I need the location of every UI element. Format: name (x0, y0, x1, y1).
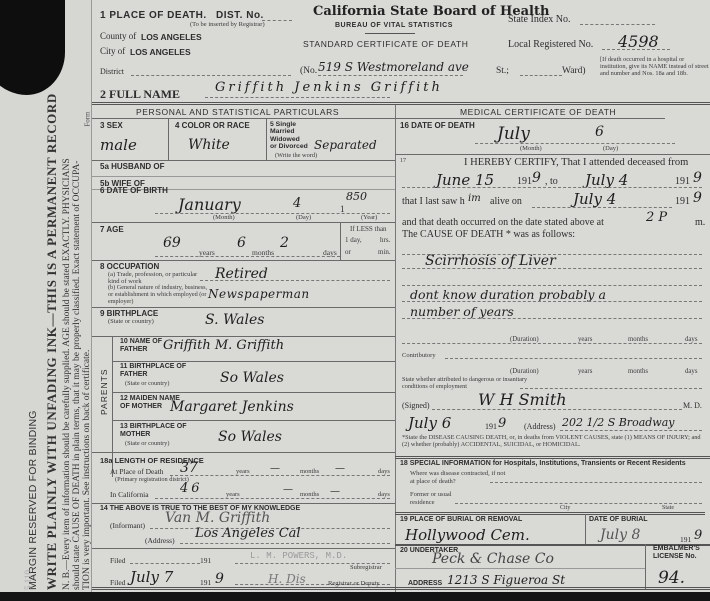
father-name-value[interactable]: Griffith M. Griffith (163, 338, 284, 353)
color-value[interactable]: White (188, 137, 230, 153)
to-word: , to (545, 176, 558, 187)
rule (92, 307, 395, 308)
full-name-label: 2 FULL NAME (100, 87, 180, 102)
rule (395, 512, 705, 515)
signed-address-underline (560, 430, 702, 431)
sex-value[interactable]: male (100, 136, 137, 154)
dob-label: 6 DATE OF BIRTH (100, 186, 168, 195)
local-registered-value[interactable]: 4598 (618, 32, 659, 51)
filed-label-1: Filed (110, 556, 125, 565)
death-time-label: and that death occurred on the date stat… (402, 217, 604, 228)
rule (92, 260, 395, 261)
marital-value[interactable]: Separated (314, 138, 377, 152)
personal-section-title: PERSONAL AND STATISTICAL PARTICULARS (136, 107, 339, 117)
days-word: days (378, 468, 390, 475)
less-than-label: If LESS than (350, 225, 387, 233)
attended-from-year-prefix: 191 (517, 176, 532, 187)
duration-label: (Duration) (510, 336, 539, 343)
rule (92, 222, 395, 223)
duration-months: months (628, 336, 648, 343)
medical-section-title: MEDICAL CERTIFICATE OF DEATH (460, 107, 616, 117)
attended-from-year[interactable]: 9 (532, 170, 541, 186)
informant-label: (Informant) (110, 521, 145, 530)
age-years[interactable]: 69 (163, 235, 181, 251)
filed-label-2: Filed (110, 578, 125, 587)
res-place-underline (170, 475, 390, 476)
street-underline (318, 75, 463, 76)
full-name-underline (205, 97, 390, 98)
cause-line-1[interactable]: Scirrhosis of Liver (425, 253, 556, 269)
nb-instruction-3: TION is very important. See instructions… (82, 350, 92, 590)
filed-1-field[interactable] (130, 563, 200, 564)
rule (92, 587, 395, 590)
street-prefix: (No. (300, 66, 317, 76)
age-label: 7 AGE (100, 225, 124, 234)
street-value[interactable]: 519 S Westmoreland ave (318, 60, 469, 74)
occupation-label: 8 OCCUPATION (100, 262, 159, 271)
embalmer-value[interactable]: 94. (658, 568, 685, 588)
min-label: min. (378, 248, 391, 256)
burial-value[interactable]: Hollywood Cem. (405, 526, 530, 544)
duration-underline (402, 343, 702, 344)
rule (395, 568, 645, 569)
rule (92, 548, 395, 549)
rule (112, 361, 395, 362)
months-word: months (300, 468, 319, 475)
signed-address-label: (Address) (524, 422, 556, 431)
filed-2-date[interactable]: July 7 (130, 568, 173, 586)
state-caption: State (662, 505, 674, 511)
dod-underline (475, 143, 675, 144)
marital-note: (Write the word) (275, 152, 317, 159)
cause-line-3[interactable]: number of years (410, 304, 514, 319)
form-code: Form (84, 111, 92, 126)
occ-a-label: (a) Trade, profession, or particular kin… (108, 271, 203, 285)
one-day-label: 1 day, (345, 236, 362, 244)
color-label: 4 COLOR OR RACE (175, 121, 250, 130)
attended-to-year[interactable]: 9 (693, 170, 702, 186)
marital-single: 5 Single (270, 121, 308, 128)
year-caption: (Year) (361, 214, 377, 221)
res-place-label: At Place of Death (110, 467, 164, 476)
days-word: days (378, 491, 390, 498)
last-saw-underline (532, 207, 672, 208)
rule (92, 118, 395, 119)
dangerous-field[interactable] (520, 388, 702, 389)
rule (340, 222, 341, 260)
dist-no-label: DIST. No. (216, 10, 264, 21)
dod-day[interactable]: 6 (595, 124, 604, 140)
duration-label-2: (Duration) (510, 368, 539, 375)
informant-address-label: (Address) (145, 536, 175, 545)
local-registered-label: Local Registered No. (508, 39, 593, 50)
dob-year[interactable]: 850 (346, 190, 367, 203)
write-plainly-text: WRITE PLAINLY WITH UNFADING INK—THIS IS … (44, 93, 60, 590)
res-place-days[interactable]: — (335, 463, 345, 474)
rule (92, 336, 395, 337)
signed-year-prefix: 191 (485, 422, 497, 431)
duration-years-2: years (578, 368, 592, 375)
undertaker-address-label: ADDRESS (408, 580, 442, 587)
rule (112, 420, 395, 421)
dob-day[interactable]: 4 (293, 196, 301, 211)
header-divider (92, 102, 710, 105)
former-res-field[interactable] (455, 503, 702, 504)
dist-no-note: (To be inserted by Registrar) (190, 21, 265, 28)
filed-2-year-prefix: 191 (200, 578, 211, 587)
rule (645, 544, 646, 589)
rule (92, 452, 395, 453)
parents-label: PARENTS (99, 368, 109, 415)
filed-1-year: 191 (200, 556, 211, 565)
county-value: LOS ANGELES (141, 32, 202, 42)
last-saw-pronoun[interactable]: im (468, 193, 481, 204)
signed-address-value[interactable]: 202 1/2 S Broadway (562, 416, 674, 429)
contributory-label: Contributory (402, 352, 436, 359)
res-ca-months[interactable]: — (283, 484, 293, 495)
state-index-field[interactable] (580, 24, 655, 25)
dod-month[interactable]: July (497, 124, 530, 144)
mother-birthplace-label: 13 BIRTHPLACE OF MOTHER (120, 423, 190, 439)
bureau-label: BUREAU OF VITAL STATISTICS (335, 22, 453, 29)
alive-on-label: alive on (490, 196, 522, 207)
res-place-note: (Primary registration district) (115, 476, 189, 483)
res-ca-underline (155, 498, 390, 499)
ward-label: Ward) (562, 66, 586, 76)
margin-reserved-text: MARGIN RESERVED FOR BINDING (27, 410, 39, 590)
city-label: City of (100, 46, 125, 56)
m-label: m. (695, 217, 705, 228)
month-caption: (Month) (213, 214, 235, 221)
dod-day-caption: (Day) (603, 145, 618, 152)
footnote: *State the DISEASE CAUSING DEATH, or, in… (402, 434, 707, 448)
marital-divorced: or Divorced (270, 143, 308, 150)
street-suffix: St.; (496, 66, 509, 76)
attended-underline (402, 187, 702, 188)
marital-married: Married (270, 128, 308, 135)
birthplace-label: 9 BIRTHPLACE (100, 309, 158, 318)
sex-label: 3 SEX (100, 121, 123, 130)
nb-instruction-1: N. B.—Every item of information should b… (62, 158, 72, 590)
md-label: M. D. (683, 401, 702, 410)
father-birthplace-label: 11 BIRTHPLACE OF FATHER (120, 363, 190, 379)
months-word: months (300, 491, 319, 498)
certify-text: I HEREBY CERTIFY, That I attended deceas… (464, 157, 688, 168)
duration-days-2: days (685, 368, 697, 375)
signed-label: (Signed) (402, 401, 430, 410)
burial-label: 19 PLACE OF BURIAL OR REMOVAL (400, 516, 522, 523)
father-birthplace-note: (State or country) (125, 380, 169, 387)
place-of-death-label: 1 PLACE OF DEATH. (100, 10, 207, 21)
dob-underline (155, 213, 390, 214)
scan-border (0, 592, 710, 601)
burial-year-prefix: 191 (680, 535, 691, 544)
rule (266, 118, 267, 160)
father-birthplace-value[interactable]: So Wales (220, 370, 284, 386)
birthplace-note: (State or country) (108, 318, 154, 325)
cause-line (402, 268, 702, 269)
special-info-label: 18 SPECIAL INFORMATION for Hospitals, In… (400, 460, 686, 467)
hospital-note: [If death occurred in a hospital or inst… (600, 56, 710, 77)
rule (395, 456, 710, 459)
rule (92, 503, 395, 504)
hrs-label: hrs. (380, 236, 390, 244)
occ-b-label: (b) General nature of industry, business… (108, 285, 213, 305)
rule (395, 154, 710, 155)
cause-line-2[interactable]: dont know duration probably a (410, 287, 606, 302)
rule (395, 587, 710, 590)
rule (112, 392, 395, 393)
binding-margin: MARGIN RESERVED FOR BINDING WRITE PLAINL… (0, 0, 92, 592)
marital-widowed: Widowed (270, 136, 308, 143)
res-ca-days[interactable]: — (330, 486, 340, 497)
cause-line (402, 318, 702, 319)
death-time-value[interactable]: 2 P (646, 210, 667, 225)
filed-2-year[interactable]: 9 (215, 571, 224, 587)
county-label: County of (100, 31, 136, 41)
rule (92, 160, 395, 161)
signed-date[interactable]: July 6 (408, 414, 451, 432)
date-of-death-label: 16 DATE OF DEATH (400, 121, 475, 130)
signed-underline (432, 409, 682, 410)
mother-birthplace-value[interactable]: So Wales (218, 429, 282, 445)
age-months[interactable]: 6 (237, 235, 246, 251)
contributory-field[interactable] (445, 358, 702, 359)
birthplace-value[interactable]: S. Wales (205, 312, 264, 328)
or-label: or (345, 248, 351, 256)
death-certificate: MARGIN RESERVED FOR BINDING WRITE PLAINL… (0, 0, 710, 592)
years-word: years (226, 491, 240, 498)
rule (585, 514, 586, 544)
last-saw-year[interactable]: 9 (693, 190, 702, 206)
column-divider (395, 105, 396, 592)
duration-years: years (578, 336, 592, 343)
pencil-note: 5 110 (23, 570, 33, 590)
contracted-field[interactable] (490, 482, 702, 483)
duration-days: days (685, 336, 697, 343)
years-word: years (236, 468, 250, 475)
last-saw-date[interactable]: July 4 (573, 190, 616, 208)
certificate-title: STANDARD CERTIFICATE OF DEATH (303, 39, 469, 49)
dob-month[interactable]: January (178, 195, 241, 214)
marital-label: 5 Single Married Widowed or Divorced (270, 121, 308, 150)
duration-months-2: months (628, 368, 648, 375)
burial-date-label: DATE OF BURIAL (589, 516, 648, 523)
dist-no-field[interactable] (262, 20, 292, 21)
res-ca-label: In California (110, 490, 149, 499)
signed-value[interactable]: W H Smith (478, 390, 567, 409)
embalmer-label: EMBALMER'S LICENSE No. (653, 545, 708, 561)
mother-birthplace-note: (State or country) (125, 440, 169, 447)
cert-num: 17 (400, 158, 406, 164)
attended-to-year-prefix: 191 (675, 176, 690, 187)
burial-year[interactable]: 9 (694, 528, 702, 543)
informant-address[interactable]: Los Angeles Cal (195, 526, 301, 541)
subregistrar-label: Subregistrar (350, 564, 382, 571)
last-saw-label: that I last saw h (402, 196, 465, 207)
occ-b-value[interactable]: Newspaperman (208, 287, 310, 301)
informant-value[interactable]: Van M. Griffith (165, 510, 270, 526)
signed-year[interactable]: 9 (498, 416, 506, 431)
city-value: LOS ANGELES (130, 47, 191, 57)
subregistrar-stamp: L. M. POWERS, M.D. (250, 551, 347, 561)
husband-label: 5a HUSBAND OF (100, 162, 164, 171)
rule (92, 176, 395, 177)
undertaker-value[interactable]: Peck & Chase Co (432, 551, 554, 567)
rule (395, 118, 665, 119)
res-ca-years[interactable]: 46 (180, 481, 203, 496)
full-name-value[interactable]: Griffith Jenkins Griffith (215, 80, 443, 95)
age-days[interactable]: 2 (280, 235, 289, 251)
dangerous-label: State whether attributed to dangerous or… (402, 377, 532, 390)
district-field[interactable] (131, 75, 291, 76)
dod-month-caption: (Month) (520, 145, 542, 152)
registrar-label: Registrar or Deputy (328, 580, 380, 587)
cause-line (402, 301, 702, 302)
city-caption: City (560, 505, 570, 511)
cause-line (402, 285, 702, 286)
mother-name-value[interactable]: Margaret Jenkins (170, 399, 294, 415)
res-place-months[interactable]: — (270, 463, 280, 474)
burial-date-value[interactable]: July 8 (600, 527, 640, 543)
rule (168, 118, 169, 160)
title-rule (365, 33, 415, 34)
undertaker-address-value[interactable]: 1213 S Figueroa St (447, 573, 565, 587)
nb-instruction-2: should state CAUSE OF DEATH in plain ter… (72, 161, 82, 590)
occ-a-underline (200, 280, 390, 281)
father-name-label: 10 NAME OF FATHER (120, 338, 165, 354)
day-caption: (Day) (296, 214, 311, 221)
res-place-years[interactable]: 37 (180, 460, 198, 476)
informant-address-underline (180, 543, 390, 544)
state-index-label: State Index No. (508, 14, 571, 25)
last-saw-year-prefix: 191 (675, 196, 690, 207)
district-label: District (100, 67, 124, 76)
ward-field[interactable] (520, 75, 562, 76)
ink-blot (0, 0, 65, 95)
age-underline (155, 256, 340, 257)
cause-label: The CAUSE OF DEATH * was as follows: (402, 229, 575, 240)
